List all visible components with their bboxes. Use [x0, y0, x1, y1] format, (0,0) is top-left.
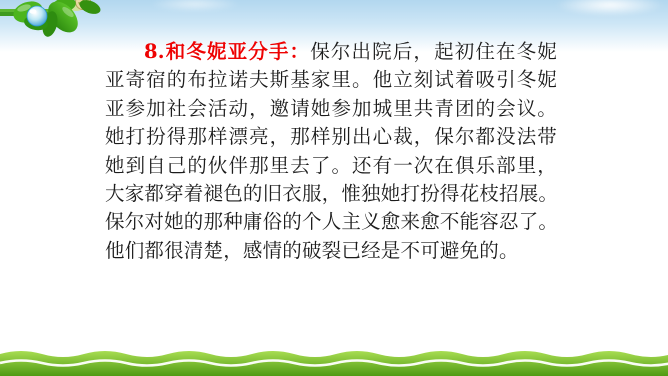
- body-text-line: 亚参加社会活动，邀请她参加城里共青团的会议。: [105, 95, 557, 123]
- body-text-line: 大家都穿着褪色的旧衣服，惟独她打扮得花枝招展。: [105, 180, 557, 208]
- body-text-line-1-rest: 保尔出院后，起初住在冬妮: [310, 40, 557, 63]
- body-text-line: 他们都很清楚，感情的破裂已经是不可避免的。: [105, 237, 557, 265]
- body-text-line: 她打扮得那样漂亮，那样别出心裁，保尔都没法带: [105, 123, 557, 151]
- section-heading: 8.和冬妮亚分手：: [144, 40, 310, 63]
- body-text-line: 保尔对她的那种庸俗的个人主义愈来愈不能容忍了。: [105, 208, 557, 236]
- water-drop-icon: [27, 6, 47, 26]
- body-text-line-1: 8.和冬妮亚分手：保尔出院后，起初住在冬妮: [105, 38, 557, 66]
- slide-canvas: 8.和冬妮亚分手：保尔出院后，起初住在冬妮 亚寄宿的布拉诺夫斯基家里。他立刻试着…: [0, 0, 668, 376]
- body-text-line: 她到自己的伙伴那里去了。还有一次在俱乐部里，: [105, 152, 557, 180]
- leaf-icon: [11, 0, 103, 38]
- paragraph: 8.和冬妮亚分手：保尔出院后，起初住在冬妮 亚寄宿的布拉诺夫斯基家里。他立刻试着…: [105, 38, 557, 265]
- body-text-line: 亚寄宿的布拉诺夫斯基家里。他立刻试着吸引冬妮: [105, 66, 557, 94]
- footer-wave-decoration: [0, 346, 668, 376]
- vine-decoration: [0, 0, 112, 44]
